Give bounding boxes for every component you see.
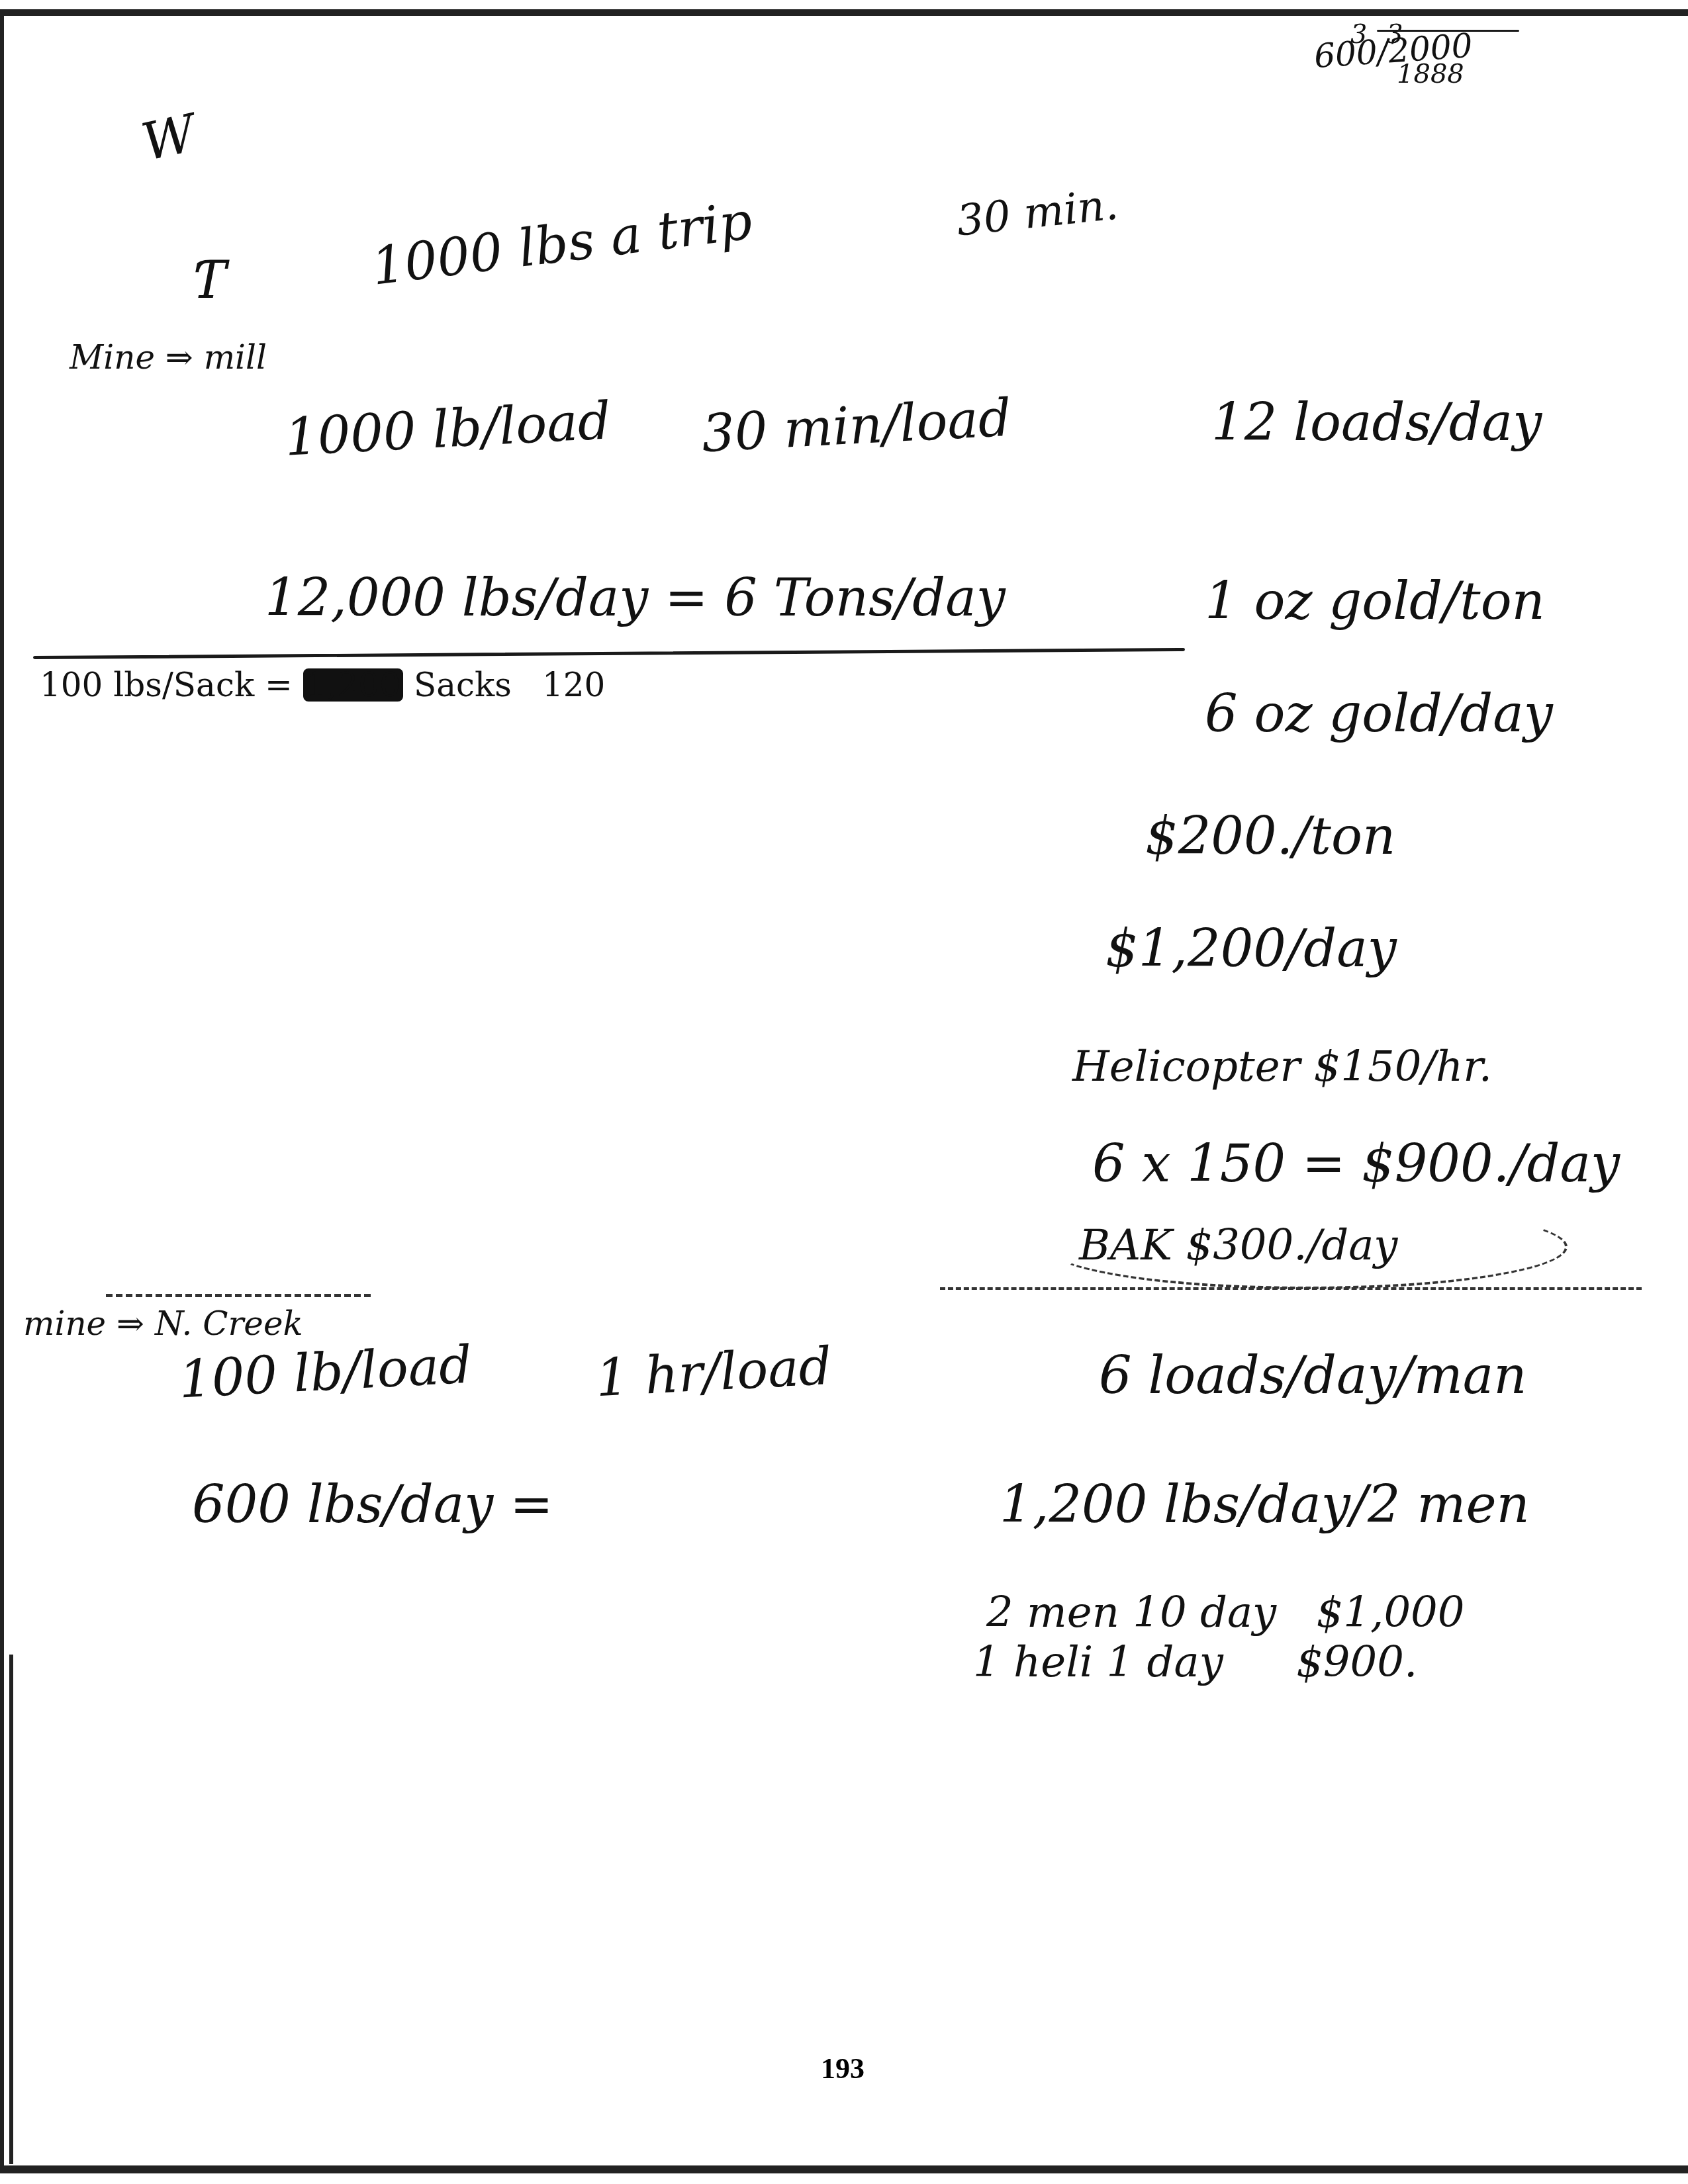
scan-border-left-inner <box>9 1655 13 2164</box>
header-time: 30 min. <box>955 183 1120 242</box>
right-divider <box>940 1287 1642 1290</box>
sack-prefix: 100 lbs/Sack = <box>40 666 293 704</box>
header-trip: 1000 lbs a trip <box>369 195 755 293</box>
creek-load-weight: 100 lb/load <box>177 1339 473 1406</box>
header-mark: Ƭ <box>192 255 226 306</box>
left-divider <box>106 1294 371 1297</box>
helicopter-rate: Helicopter $150/hr. <box>1072 1046 1492 1088</box>
scan-border-bottom <box>0 2165 1688 2173</box>
mill-loads-per-day: 12 loads/day <box>1211 397 1542 449</box>
helicopter-day: 6 x 150 = $900./day <box>1092 1138 1620 1190</box>
cost-men-value: $1,000 <box>1317 1588 1465 1637</box>
scan-border-top <box>0 9 1688 16</box>
creek-daily-weight: 600 lbs/day = <box>192 1479 553 1531</box>
sack-struck-value: 1,200 <box>303 668 403 702</box>
section-divider-top <box>33 648 1185 659</box>
sack-value: 120 <box>542 666 605 704</box>
creek-loads-per-man: 6 loads/day/man <box>1099 1350 1527 1402</box>
creek-two-men: 1,200 lbs/day/2 men <box>1000 1479 1530 1531</box>
creek-load-time: 1 hr/load <box>594 1341 833 1405</box>
gold-per-day: 6 oz gold/day <box>1205 688 1553 740</box>
cost-men-line: 2 men 10 day $1,000 <box>986 1592 1465 1634</box>
section-mill-label: Mine ⇒ mill <box>70 341 267 374</box>
cost-heli-line: 1 heli 1 day $900. <box>973 1641 1417 1684</box>
sack-line: 100 lbs/Sack = 1,200 Sacks 120 <box>40 668 605 702</box>
corner-note-rule <box>1377 30 1519 32</box>
scan-border-left <box>0 9 4 2173</box>
price-per-day: $1,200/day <box>1105 923 1397 975</box>
corner-note-lower: 1888 <box>1397 61 1464 87</box>
gold-per-ton: 1 oz gold/ton <box>1205 576 1545 627</box>
section-creek-label: mine ⇒ N. Creek <box>23 1307 303 1340</box>
mill-load-weight: 1000 lb/load <box>283 395 612 464</box>
mill-daily-weight: 12,000 lbs/day = 6 Tons/day <box>265 572 1006 624</box>
cost-men-label: 2 men 10 day <box>986 1588 1276 1637</box>
sack-suffix: Sacks <box>414 666 512 704</box>
price-per-ton: $200./ton <box>1145 811 1395 862</box>
page-number: 193 <box>821 2052 865 2085</box>
bak-circle-mark <box>1046 1205 1568 1289</box>
cost-heli-label: 1 heli 1 day <box>973 1638 1223 1687</box>
mill-load-time: 30 min/load <box>700 392 1012 460</box>
cost-heli-value: $900. <box>1296 1638 1417 1687</box>
initials: W <box>138 108 201 169</box>
